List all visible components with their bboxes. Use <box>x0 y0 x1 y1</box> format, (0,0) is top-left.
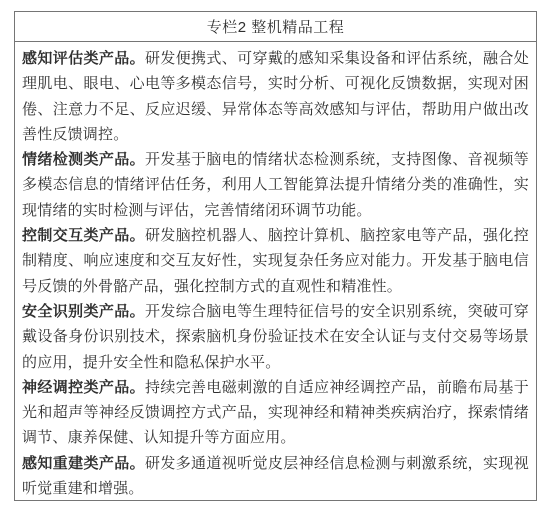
paragraph-lead: 感知评估类产品。 <box>22 50 145 67</box>
paragraph-lead: 控制交互类产品。 <box>22 227 145 244</box>
panel-title-row: 专栏2 整机精品工程 <box>15 12 536 42</box>
paragraph-lead: 情绪检测类产品。 <box>22 151 145 168</box>
paragraph-lead: 感知重建类产品。 <box>22 455 145 472</box>
paragraph: 情绪检测类产品。开发基于脑电的情绪状态检测系统，支持图像、音视频等多模态信息的情… <box>22 147 529 223</box>
paragraph-lead: 安全识别类产品。 <box>22 303 145 320</box>
paragraph-lead: 神经调控类产品。 <box>22 379 145 396</box>
paragraph: 感知评估类产品。研发便携式、可穿戴的感知采集设备和评估系统，融合处理肌电、眼电、… <box>22 46 529 147</box>
paragraph: 安全识别类产品。开发综合脑电等生理特征信号的安全识别系统，突破可穿戴设备身份识别… <box>22 299 529 375</box>
paragraph: 神经调控类产品。持续完善电磁刺激的自适应神经调控产品，前瞻布局基于光和超声等神经… <box>22 375 529 451</box>
panel-title: 专栏2 整机精品工程 <box>207 16 345 37</box>
paragraph: 感知重建类产品。研发多通道视听觉皮层神经信息检测与刺激系统，实现视听觉重建和增强… <box>22 451 529 501</box>
panel-body: 感知评估类产品。研发便携式、可穿戴的感知采集设备和评估系统，融合处理肌电、眼电、… <box>15 42 536 501</box>
column-panel: 专栏2 整机精品工程 感知评估类产品。研发便携式、可穿戴的感知采集设备和评估系统… <box>14 11 537 501</box>
paragraph: 控制交互类产品。研发脑控机器人、脑控计算机、脑控家电等产品，强化控制精度、响应速… <box>22 223 529 299</box>
